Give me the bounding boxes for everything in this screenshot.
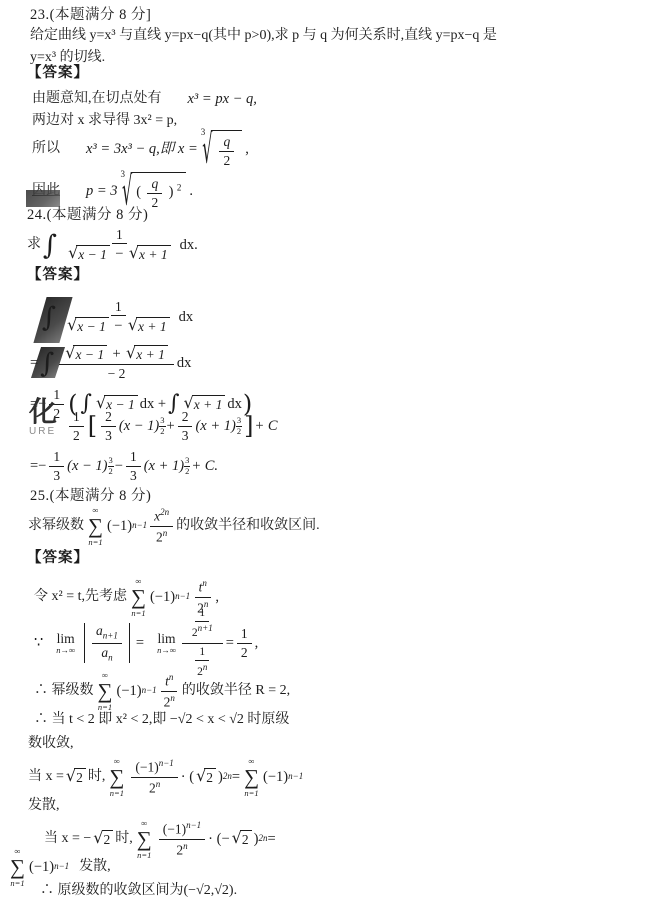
exponent: 2n (258, 833, 267, 844)
big-fraction: 1 2n+1 1 2n (182, 606, 223, 680)
sqrt-radical: √ 2 (66, 768, 86, 786)
sqrt-radical: √ 2 (196, 768, 216, 786)
summation-symbol: ∞ ∑ n=1 (131, 577, 146, 617)
numerator: x2n (150, 507, 173, 526)
fraction: tn 2n (160, 672, 179, 709)
summation-symbol: ∞ ∑ n=1 (244, 757, 259, 797)
exponent: n−1 (54, 861, 69, 872)
because-symbol: ∵ (34, 634, 43, 652)
fraction: 1 2 (69, 409, 84, 443)
sqrt-radical: √ x + 1 (129, 245, 171, 263)
cube-root-radical: 3 √ q 2 (201, 130, 242, 168)
solution-25-line6: 当 x = √ 2 时, ∞ ∑ n=1 (−1)n−1 2n · ( √ 2 … (28, 756, 303, 798)
answer-label-25: 【答案】 (27, 549, 89, 567)
denominator: 2n (172, 840, 191, 858)
denominator: √ x − 1 − √ x + 1 (61, 316, 176, 335)
numerator: (−1)n−1 (131, 758, 177, 777)
exponent: 2 (177, 183, 182, 193)
exponent-fraction: 3 2 (236, 416, 242, 436)
numerator: 1 (126, 449, 141, 467)
problem-24-header: 24.(本题满分 8 分) (27, 206, 148, 224)
cube-root-radical: 3 √ ( q 2 ) 2 (121, 172, 187, 210)
problem-25-header: 25.(本题满分 8 分) (30, 487, 151, 505)
denominator: √ x − 1 − √ x + 1 (62, 244, 177, 263)
sum-lower-limit: n=1 (88, 538, 102, 547)
solution-25-line4: ∴ 当 t < 2 即 x² < 2,即 −√2 < x < √2 时原级 (34, 711, 289, 729)
solution-23-line1: 由题意知,在切点处有 x³ = px − q, (32, 90, 257, 108)
fraction: √ x − 1 + √ x + 1 − 2 (59, 345, 174, 381)
numerator: tn (195, 578, 211, 597)
numerator: 1 (111, 299, 126, 317)
fraction: q 2 (147, 176, 162, 210)
summation-symbol: ∞ ∑ n=1 (98, 671, 113, 711)
sigma-glyph: ∑ (88, 516, 103, 537)
open-bracket: [ (88, 414, 97, 438)
sigma-glyph: ∑ (244, 767, 259, 788)
close-bracket: ] (244, 414, 253, 438)
numerator: 2 (178, 409, 193, 427)
summation-symbol: ∞ ∑ n=1 (88, 506, 103, 546)
sqrt-radical: √ x − 1 (67, 317, 109, 335)
answer-label-23: 【答案】 (27, 64, 89, 82)
sqrt-radical: √ x + 1 (126, 345, 168, 363)
numerator: (−1)n−1 (159, 820, 205, 839)
fraction: 1 √ x − 1 − √ x + 1 (62, 227, 177, 263)
answer-label-24: 【答案】 (27, 266, 89, 284)
fraction: 2 3 (178, 409, 193, 443)
numerator: 1 (69, 409, 84, 427)
scanned-math-document: 23.(本题满分 8 分] 给定曲线 y=x³ 与直线 y=px−q(其中 p>… (0, 0, 667, 900)
fraction: 2 3 (101, 409, 116, 443)
numerator: √ x − 1 + √ x + 1 (59, 345, 174, 365)
fraction: q 2 (219, 134, 234, 168)
exponent: n−1 (142, 685, 157, 696)
exponent-fraction: 3 2 (108, 456, 114, 476)
limit-operator: lim n→∞ (56, 632, 75, 654)
exponent: n−1 (175, 591, 190, 602)
sqrt-radical: √ 2 (232, 830, 252, 848)
fraction: (−1)n−1 2n (131, 758, 177, 795)
problem-23-statement-line1: 给定曲线 y=x³ 与直线 y=px−q(其中 p>0),求 p 与 q 为何关… (30, 27, 497, 45)
denominator: 3 (101, 427, 116, 444)
fraction: x2n 2n (150, 507, 173, 544)
exponent-fraction: 3 2 (184, 456, 190, 476)
integral-sign: ∫ (42, 304, 56, 331)
watermark: 化 URE (29, 398, 57, 437)
solution-24-line2: = ∫ √ x − 1 + √ x + 1 − 2 dx (30, 342, 191, 384)
sigma-glyph: ∑ (109, 767, 124, 788)
denominator: 3 (126, 467, 141, 484)
denominator: 3 (178, 427, 193, 444)
denominator: − 2 (104, 365, 130, 382)
integral-sign: ∫ (40, 350, 54, 377)
root-index: 3 (121, 169, 126, 180)
limit-operator: lim n→∞ (157, 632, 176, 654)
exponent: 2n (223, 771, 232, 782)
sqrt-radical: √ x + 1 (128, 317, 170, 335)
sigma-glyph: ∑ (98, 681, 113, 702)
denominator: an (97, 644, 116, 663)
numerator: an+1 (92, 623, 122, 643)
absolute-value: an+1 an (80, 623, 134, 662)
numerator: 1 (49, 449, 64, 467)
integral-sign: ∫ (43, 232, 57, 259)
root-index: 3 (201, 127, 206, 138)
fraction: 1 2 (237, 626, 252, 660)
watermark-text: URE (29, 427, 56, 437)
numerator: 1 (112, 227, 127, 245)
sigma-glyph: ∑ (10, 857, 25, 878)
numerator: tn (161, 672, 177, 691)
fraction: 1 3 (126, 449, 141, 483)
fraction: 1 3 (49, 449, 64, 483)
fraction: an+1 an (92, 623, 122, 662)
problem-23-header: 23.(本题满分 8 分] (30, 6, 151, 24)
problem-25-title: 25.(本题满分 8 分) (30, 487, 151, 505)
solution-25-line7: 发散, (28, 797, 60, 815)
exponent-fraction: 3 2 (159, 416, 165, 436)
denominator: 2 (219, 152, 234, 169)
numerator: q (219, 134, 234, 152)
connective: 所以 (32, 140, 60, 158)
solution-25-line3: ∴ 幂级数 ∞ ∑ n=1 (−1)n−1 tn 2n 的收敛半径 R = 2, (34, 670, 290, 712)
sqrt-radical: √ x − 1 (65, 345, 107, 363)
fraction: 1 √ x − 1 − √ x + 1 (61, 299, 176, 335)
fraction: 1 2n+1 (188, 607, 217, 640)
denominator: 3 (49, 467, 64, 484)
solution-25-line5: 数收敛, (28, 735, 74, 753)
problem-24-title: 24.(本题满分 8 分) (27, 206, 148, 224)
exponent: n−1 (288, 771, 303, 782)
denominator: 2n (145, 778, 164, 796)
denominator: 2n (160, 692, 179, 710)
summation-symbol: ∞ ∑ n=1 (10, 847, 25, 887)
problem-24-statement: 求 ∫ 1 √ x − 1 − √ x + 1 dx. (27, 224, 198, 266)
scan-smudge (26, 190, 60, 207)
summation-symbol: ∞ ∑ n=1 (109, 757, 124, 797)
equation: x³ = px − q, (188, 90, 257, 108)
exponent: n−1 (132, 520, 147, 531)
denominator: 2n (152, 527, 171, 545)
solution-25-line10: ∴ 原级数的收敛区间为(−√2,√2). (40, 882, 237, 900)
watermark-glyph: 化 (29, 398, 57, 426)
numerator: 2 (101, 409, 116, 427)
sqrt-radical: √ x − 1 (68, 245, 110, 263)
sigma-glyph: ∑ (137, 829, 152, 850)
problem-23-title: 23.(本题满分 8 分] (30, 6, 151, 24)
solution-23-line3: 所以 x³ = 3x³ − q,即 x = 3 √ q 2 , (32, 128, 249, 170)
numerator: 1 2n+1 (182, 606, 223, 643)
problem-25-statement: 求幂级数 ∞ ∑ n=1 (−1)n−1 x2n 2n 的收敛半径和收敛区间. (28, 504, 320, 548)
solution-24-line4: 1 2 [ 2 3 (x − 1) 3 2 + 2 3 (x + 1) 3 2 … (66, 406, 278, 446)
solution-24-line1: ∫ 1 √ x − 1 − √ x + 1 dx (40, 296, 193, 338)
sigma-glyph: ∑ (131, 587, 146, 608)
denominator: 2 (147, 194, 162, 211)
solution-25-line2: ∵ lim n→∞ an+1 an = lim n→∞ 1 2n+1 (34, 616, 258, 670)
solution-23-line2: 两边对 x 求导得 3x² = p, (32, 112, 177, 130)
fraction: (−1)n−1 2n (159, 820, 205, 857)
numerator: q (147, 176, 162, 194)
summation-symbol: ∞ ∑ n=1 (137, 819, 152, 859)
denominator: 2 (69, 427, 84, 444)
solution-24-line5: =− 1 3 (x − 1) 3 2 − 1 3 (x + 1) 3 2 + C… (30, 449, 218, 483)
